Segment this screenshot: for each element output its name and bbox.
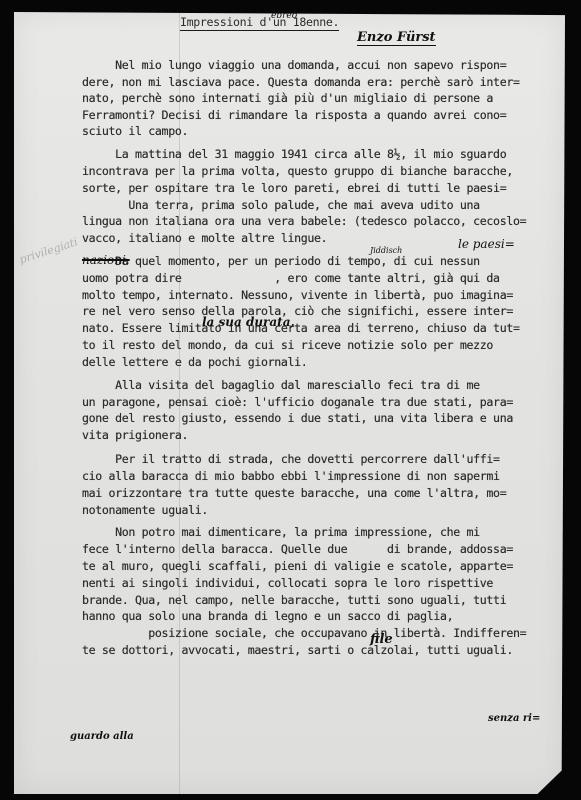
typed-line: mai orizzontare tra tutte queste baracch…	[82, 488, 506, 500]
typed-line: un paragone, pensai cioè: l'ufficio doga…	[82, 397, 513, 409]
typed-line: uomo potra dire , ero come tante altri, …	[82, 273, 500, 285]
typed-line: nenti ai singoli individui, collocati so…	[82, 578, 493, 590]
author-signature: Enzo Fürst	[357, 31, 436, 46]
document-title: Impressioni d'un 18enne.	[180, 15, 339, 31]
typed-line: nato. Essere limitato in una certa area …	[82, 323, 520, 335]
typed-line: cio alla baracca di mio babbo ebbi l'imp…	[82, 471, 500, 483]
typed-line: Alla visita del bagaglio dal maresciallo…	[82, 380, 480, 392]
typed-line: notonamente uguali.	[82, 505, 208, 517]
typed-line: incontrava per la prima volta, questo gr…	[82, 166, 513, 178]
typed-line: re nel vero senso della parola, ciò che …	[82, 306, 513, 318]
typed-line: Ferramonti? Decisi di rimandare la rispo…	[82, 110, 506, 122]
typed-line: sciuto il campo.	[82, 126, 188, 138]
handwritten-edit-file: file	[370, 633, 393, 646]
typed-line: lingua non italiana ora una vera babele:…	[82, 216, 526, 228]
title-handwritten-correction: ebreo	[271, 12, 297, 21]
typed-line: gone del resto giusto, essendo i due sta…	[82, 413, 513, 425]
typed-line: hanno qua solo una branda di legno e un …	[82, 611, 513, 623]
typed-line: molto tempo, internato. Nessuno, vivente…	[82, 290, 513, 302]
typed-line: delle lettere e da pochi giornali.	[82, 357, 307, 369]
handwritten-edit-le-paesi: le paesi=	[458, 238, 515, 250]
handwritten-edit-guardo-alla: guardo alla	[70, 732, 134, 742]
typed-line: Per il tratto di strada, che dovetti per…	[82, 454, 500, 466]
typed-line: posizione sociale, che occupavano in lib…	[82, 628, 526, 640]
typed-line: Non potro mai dimenticare, la prima impr…	[82, 527, 480, 539]
typed-line: nato, perchè sono internati già più d'un…	[82, 93, 493, 105]
handwritten-edit-senza-ri: senza ri=	[488, 714, 540, 724]
typed-line: Da quel momento, per un periodo di tempo…	[82, 256, 480, 268]
typed-line: brande. Qua, nel campo, nelle baracche, …	[82, 595, 506, 607]
typed-line: La mattina del 31 maggio 1941 circa alle…	[82, 149, 506, 161]
typed-line: te se dottori, avvocati, maestri, sarti …	[82, 645, 513, 657]
typed-line: vita prigionera.	[82, 430, 188, 442]
typed-line: Una terra, prima solo palude, che mai av…	[82, 200, 480, 212]
typed-line: dere, non mi lasciava pace. Questa doman…	[82, 77, 520, 89]
handwritten-edit-nazioni: nazioni.	[82, 254, 130, 266]
typed-line: sorte, per ospitare tra le loro pareti, …	[82, 183, 506, 195]
typed-line: vacco, italiano e molte altre lingue.	[82, 233, 327, 245]
typed-line: fece l'interno della baracca. Quelle due…	[82, 544, 513, 556]
typed-line: Nel mio lungo viaggio una domanda, accui…	[82, 60, 506, 72]
handwritten-edit-la-sua-durata: la sua durata,	[202, 316, 295, 328]
typed-line: te al muro, quegli scaffali, pieni di va…	[82, 561, 513, 573]
typed-line: to il resto del mondo, da cui si riceve …	[82, 340, 493, 352]
handwritten-edit-jiddisch: Jiddisch	[370, 247, 402, 255]
